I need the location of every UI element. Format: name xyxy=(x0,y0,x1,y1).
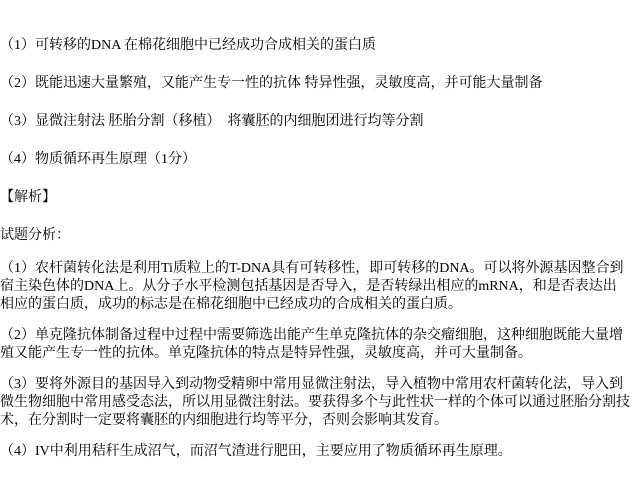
analysis-section: 【解析】 试题分析： （1）农杆菌转化法是利用Ti质粒上的T-DNA具有可转移性… xyxy=(0,188,630,461)
analysis-intro: 试题分析： xyxy=(0,226,630,246)
analysis-paragraph-3: （3）要将外源目的基因导入到动物受精卵中常用显微注射法，导入植物中常用农杆菌转化… xyxy=(0,376,630,430)
answer-line-3: （3）显微注射法 胚胎分割（移植） 将囊胚的内细胞团进行均等分割 xyxy=(0,112,630,132)
analysis-paragraph-2: （2）单克隆抗体制备过程中过程中需要筛选出能产生单克隆抗体的杂交瘤细胞，这种细胞… xyxy=(0,327,630,363)
analysis-paragraph-1: （1）农杆菌转化法是利用Ti质粒上的T-DNA具有可转移性，即可转移的DNA。可… xyxy=(0,260,630,314)
answer-section: （1）可转移的DNA 在棉花细胞中已经成功合成相关的蛋白质 （2）既能迅速大量繁… xyxy=(0,36,630,170)
answer-line-1: （1）可转移的DNA 在棉花细胞中已经成功合成相关的蛋白质 xyxy=(0,36,630,56)
answer-line-4: （4）物质循环再生原理（1分） xyxy=(0,150,630,170)
analysis-header: 【解析】 xyxy=(0,188,630,208)
analysis-paragraph-4: （4）IV中利用秸秆生成沼气，而沼气渣进行肥田，主要应用了物质循环再生原理。 xyxy=(0,443,630,461)
answer-line-2: （2）既能迅速大量繁殖，又能产生专一性的抗体 特异性强，灵敏度高，并可能大量制备 xyxy=(0,74,630,94)
document-page: （1）可转移的DNA 在棉花细胞中已经成功合成相关的蛋白质 （2）既能迅速大量繁… xyxy=(0,0,630,501)
